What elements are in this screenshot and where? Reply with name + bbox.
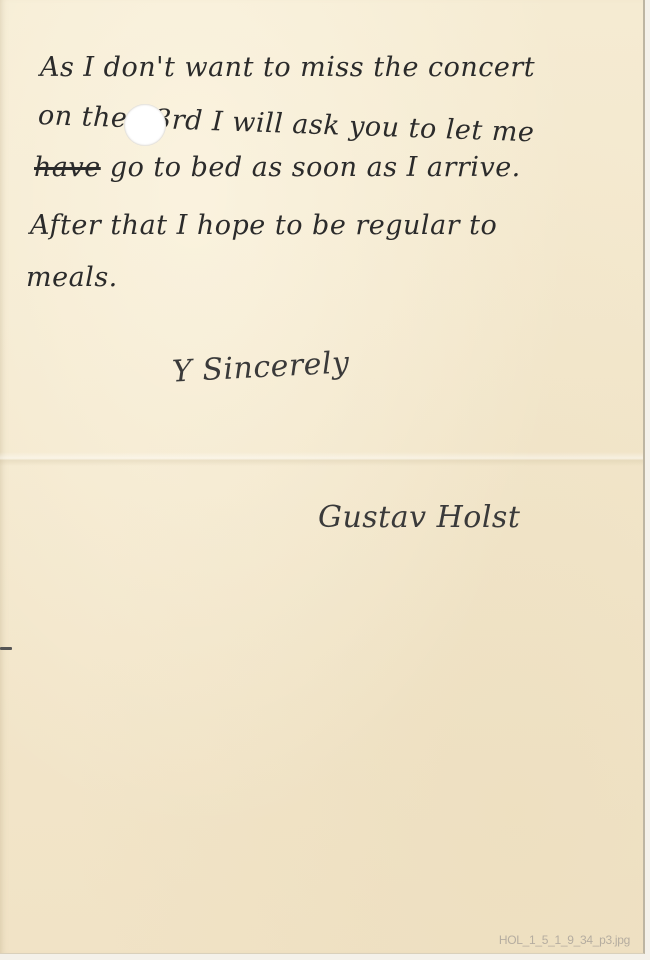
signature: Gustav Holst bbox=[318, 500, 520, 535]
punch-hole bbox=[124, 104, 166, 146]
filename-label: HOL_1_5_1_9_34_p3.jpg bbox=[499, 933, 630, 947]
struck-word: have bbox=[34, 152, 101, 183]
letter-page: As I don't want to miss the concert on t… bbox=[0, 0, 645, 954]
letter-line-2: on the 23rd I will ask you to let me bbox=[37, 100, 534, 148]
paper-fold bbox=[0, 452, 643, 466]
letter-line-5: meals. bbox=[26, 262, 118, 293]
letter-line-3: have go to bed as soon as I arrive. bbox=[34, 152, 521, 183]
edge-ink-mark bbox=[0, 647, 12, 650]
closing-salutation: Y Sincerely bbox=[171, 345, 350, 389]
letter-line-3-text: go to bed as soon as I arrive. bbox=[110, 152, 521, 183]
letter-line-4: After that I hope to be regular to bbox=[30, 210, 497, 241]
letter-line-1: As I don't want to miss the concert bbox=[40, 52, 535, 83]
